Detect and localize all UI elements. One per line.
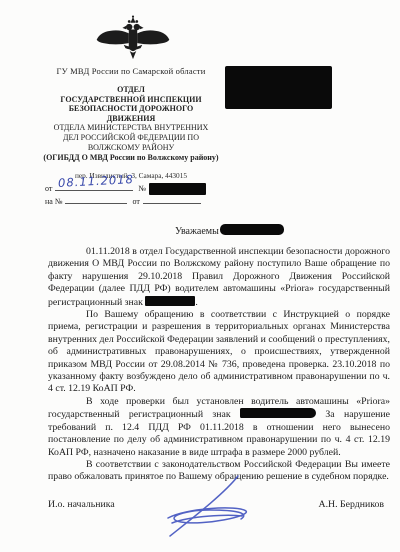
redaction-addressee-name	[220, 224, 284, 235]
handwritten-date: 08.11.2018	[58, 172, 134, 190]
date-line: 08.11.2018	[55, 181, 133, 191]
reply-number-label: на №	[45, 197, 62, 206]
signer-name: А.Н. Бердников	[319, 499, 385, 510]
redaction-inline	[240, 408, 316, 418]
footer: И.о. начальника А.Н. Бердников	[48, 499, 384, 510]
document-page: ГУ МВД России по Самарской области ОТДЕЛ…	[0, 0, 400, 552]
number-label: №	[138, 184, 146, 193]
signer-position: И.о. начальника	[48, 499, 115, 510]
dept-line: ДЕЛ РОССИЙСКОЙ ФЕДЕРАЦИИ ПО	[21, 133, 241, 143]
ref-row-outgoing: от08.11.2018№	[45, 181, 206, 194]
ref-row-incoming: на №от	[45, 194, 206, 207]
letter-body: 01.11.2018 в отдел Государственной инспе…	[48, 246, 390, 484]
salutation: Уважаемы	[175, 224, 284, 237]
reply-date-line	[143, 194, 201, 204]
mvd-eagle-emblem-icon	[95, 14, 171, 62]
redaction-inline	[145, 296, 195, 306]
dept-line: ГОСУДАРСТВЕННОЙ ИНСПЕКЦИИ	[21, 95, 241, 105]
dept-line: ОТДЕЛ	[21, 85, 241, 95]
body-paragraph: 01.11.2018 в отдел Государственной инспе…	[48, 246, 390, 309]
from-label: от	[45, 184, 52, 193]
redaction-box-recipient	[225, 66, 332, 109]
dept-abbreviation: (ОГИБДД О МВД России по Волжскому району…	[39, 153, 223, 163]
dept-line: БЕЗОПАСНОСТИ ДОРОЖНОГО	[21, 104, 241, 114]
body-paragraph: В ходе проверки был установлен водитель …	[48, 396, 390, 459]
reference-block: от08.11.2018№ на №от	[45, 181, 206, 207]
dept-line: ОТДЕЛА МИНИСТЕРСТВА ВНУТРЕННИХ	[21, 123, 241, 133]
letterhead: ГУ МВД России по Самарской области ОТДЕЛ…	[21, 66, 241, 180]
reply-from-label: от	[132, 197, 139, 206]
reply-number-line	[65, 194, 127, 204]
dept-line: ДВИЖЕНИЯ	[21, 114, 241, 124]
dept-line: ВОЛЖСКОМУ РАЙОНУ	[21, 143, 241, 153]
salutation-text: Уважаемы	[175, 226, 219, 237]
org-name: ГУ МВД России по Самарской области	[21, 66, 241, 76]
body-paragraph: По Вашему обращению в соответствии с Инс…	[48, 309, 390, 396]
